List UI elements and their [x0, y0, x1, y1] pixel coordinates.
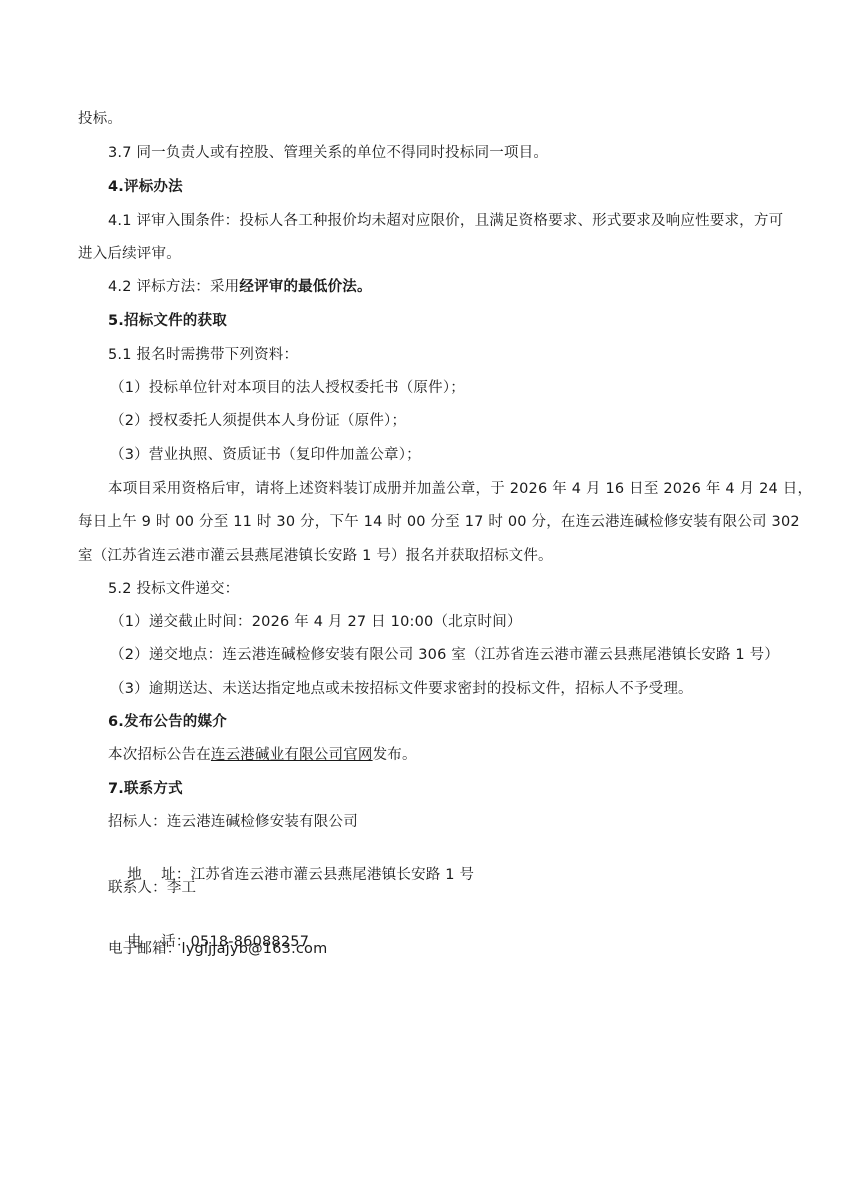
email-label: 电子邮箱： [108, 941, 182, 957]
document-page: 投标。 3.7 同一负责人或有控股、管理关系的单位不得同时投标同一项目。 4.评… [0, 0, 848, 1200]
media-suffix: 发布。 [373, 747, 417, 763]
media-paragraph: 本次招标公告在连云港碱业有限公司官网发布。 [108, 745, 417, 765]
section-heading-4: 4.评标办法 [108, 177, 183, 197]
registration-paragraph-cont2: 室（江苏省连云港市灌云县燕尾港镇长安路 1 号）报名并获取招标文件。 [78, 546, 553, 566]
contact-email: 电子邮箱：lygljjajyb@163.com [108, 939, 327, 959]
submission-location: （2）递交地点：连云港连碱检修安装有限公司 306 室（江苏省连云港市灌云县燕尾… [110, 645, 779, 665]
email-value[interactable]: lygljjajyb@163.com [182, 941, 328, 957]
clause-4-1: 4.1 评审入围条件：投标人各工种报价均未超对应限价，且满足资格要求、形式要求及… [108, 211, 783, 231]
company-website-link[interactable]: 连云港碱业有限公司官网 [211, 747, 373, 763]
clause-5-1: 5.1 报名时需携带下列资料： [108, 345, 298, 365]
tenderer-label: 招标人： [108, 814, 167, 830]
clause-4-2-prefix: 4.2 评标方法：采用 [108, 279, 239, 295]
tenderer-value: 连云港连碱检修安装有限公司 [167, 814, 358, 830]
contact-person: 联系人：李工 [108, 878, 196, 898]
section-heading-7: 7.联系方式 [108, 779, 183, 799]
section-heading-5: 5.招标文件的获取 [108, 311, 227, 331]
address-value: 江苏省连云港市灌云县燕尾港镇长安路 1 号 [191, 867, 475, 883]
submission-deadline: （1）递交截止时间：2026 年 4 月 27 日 10:00（北京时间） [110, 612, 522, 632]
contact-label: 联系人： [108, 880, 167, 896]
clause-3-7: 3.7 同一负责人或有控股、管理关系的单位不得同时投标同一项目。 [108, 143, 548, 163]
paragraph-continuation: 投标。 [78, 109, 122, 129]
media-prefix: 本次招标公告在 [108, 747, 211, 763]
registration-paragraph-cont1: 每日上午 9 时 00 分至 11 时 30 分，下午 14 时 00 分至 1… [78, 512, 800, 532]
list-item-2: （2）授权委托人须提供本人身份证（原件）； [110, 411, 406, 431]
clause-4-1-cont: 进入后续评审。 [78, 244, 181, 264]
clause-4-2: 4.2 评标方法：采用经评审的最低价法。 [108, 277, 372, 297]
clause-5-2: 5.2 投标文件递交： [108, 579, 239, 599]
late-submission-rule: （3）逾期送达、未送达指定地点或未按招标文件要求密封的投标文件，招标人不予受理。 [110, 679, 693, 699]
list-item-1: （1）投标单位针对本项目的法人授权委托书（原件）； [110, 378, 465, 398]
registration-paragraph: 本项目采用资格后审，请将上述资料装订成册并加盖公章，于 2026 年 4 月 1… [108, 479, 812, 499]
contact-value: 李工 [167, 880, 196, 896]
list-item-3: （3）营业执照、资质证书（复印件加盖公章）； [110, 445, 421, 465]
section-heading-6: 6.发布公告的媒介 [108, 712, 227, 732]
contact-tenderer: 招标人：连云港连碱检修安装有限公司 [108, 812, 358, 832]
clause-4-2-method: 经评审的最低价法。 [239, 279, 371, 295]
